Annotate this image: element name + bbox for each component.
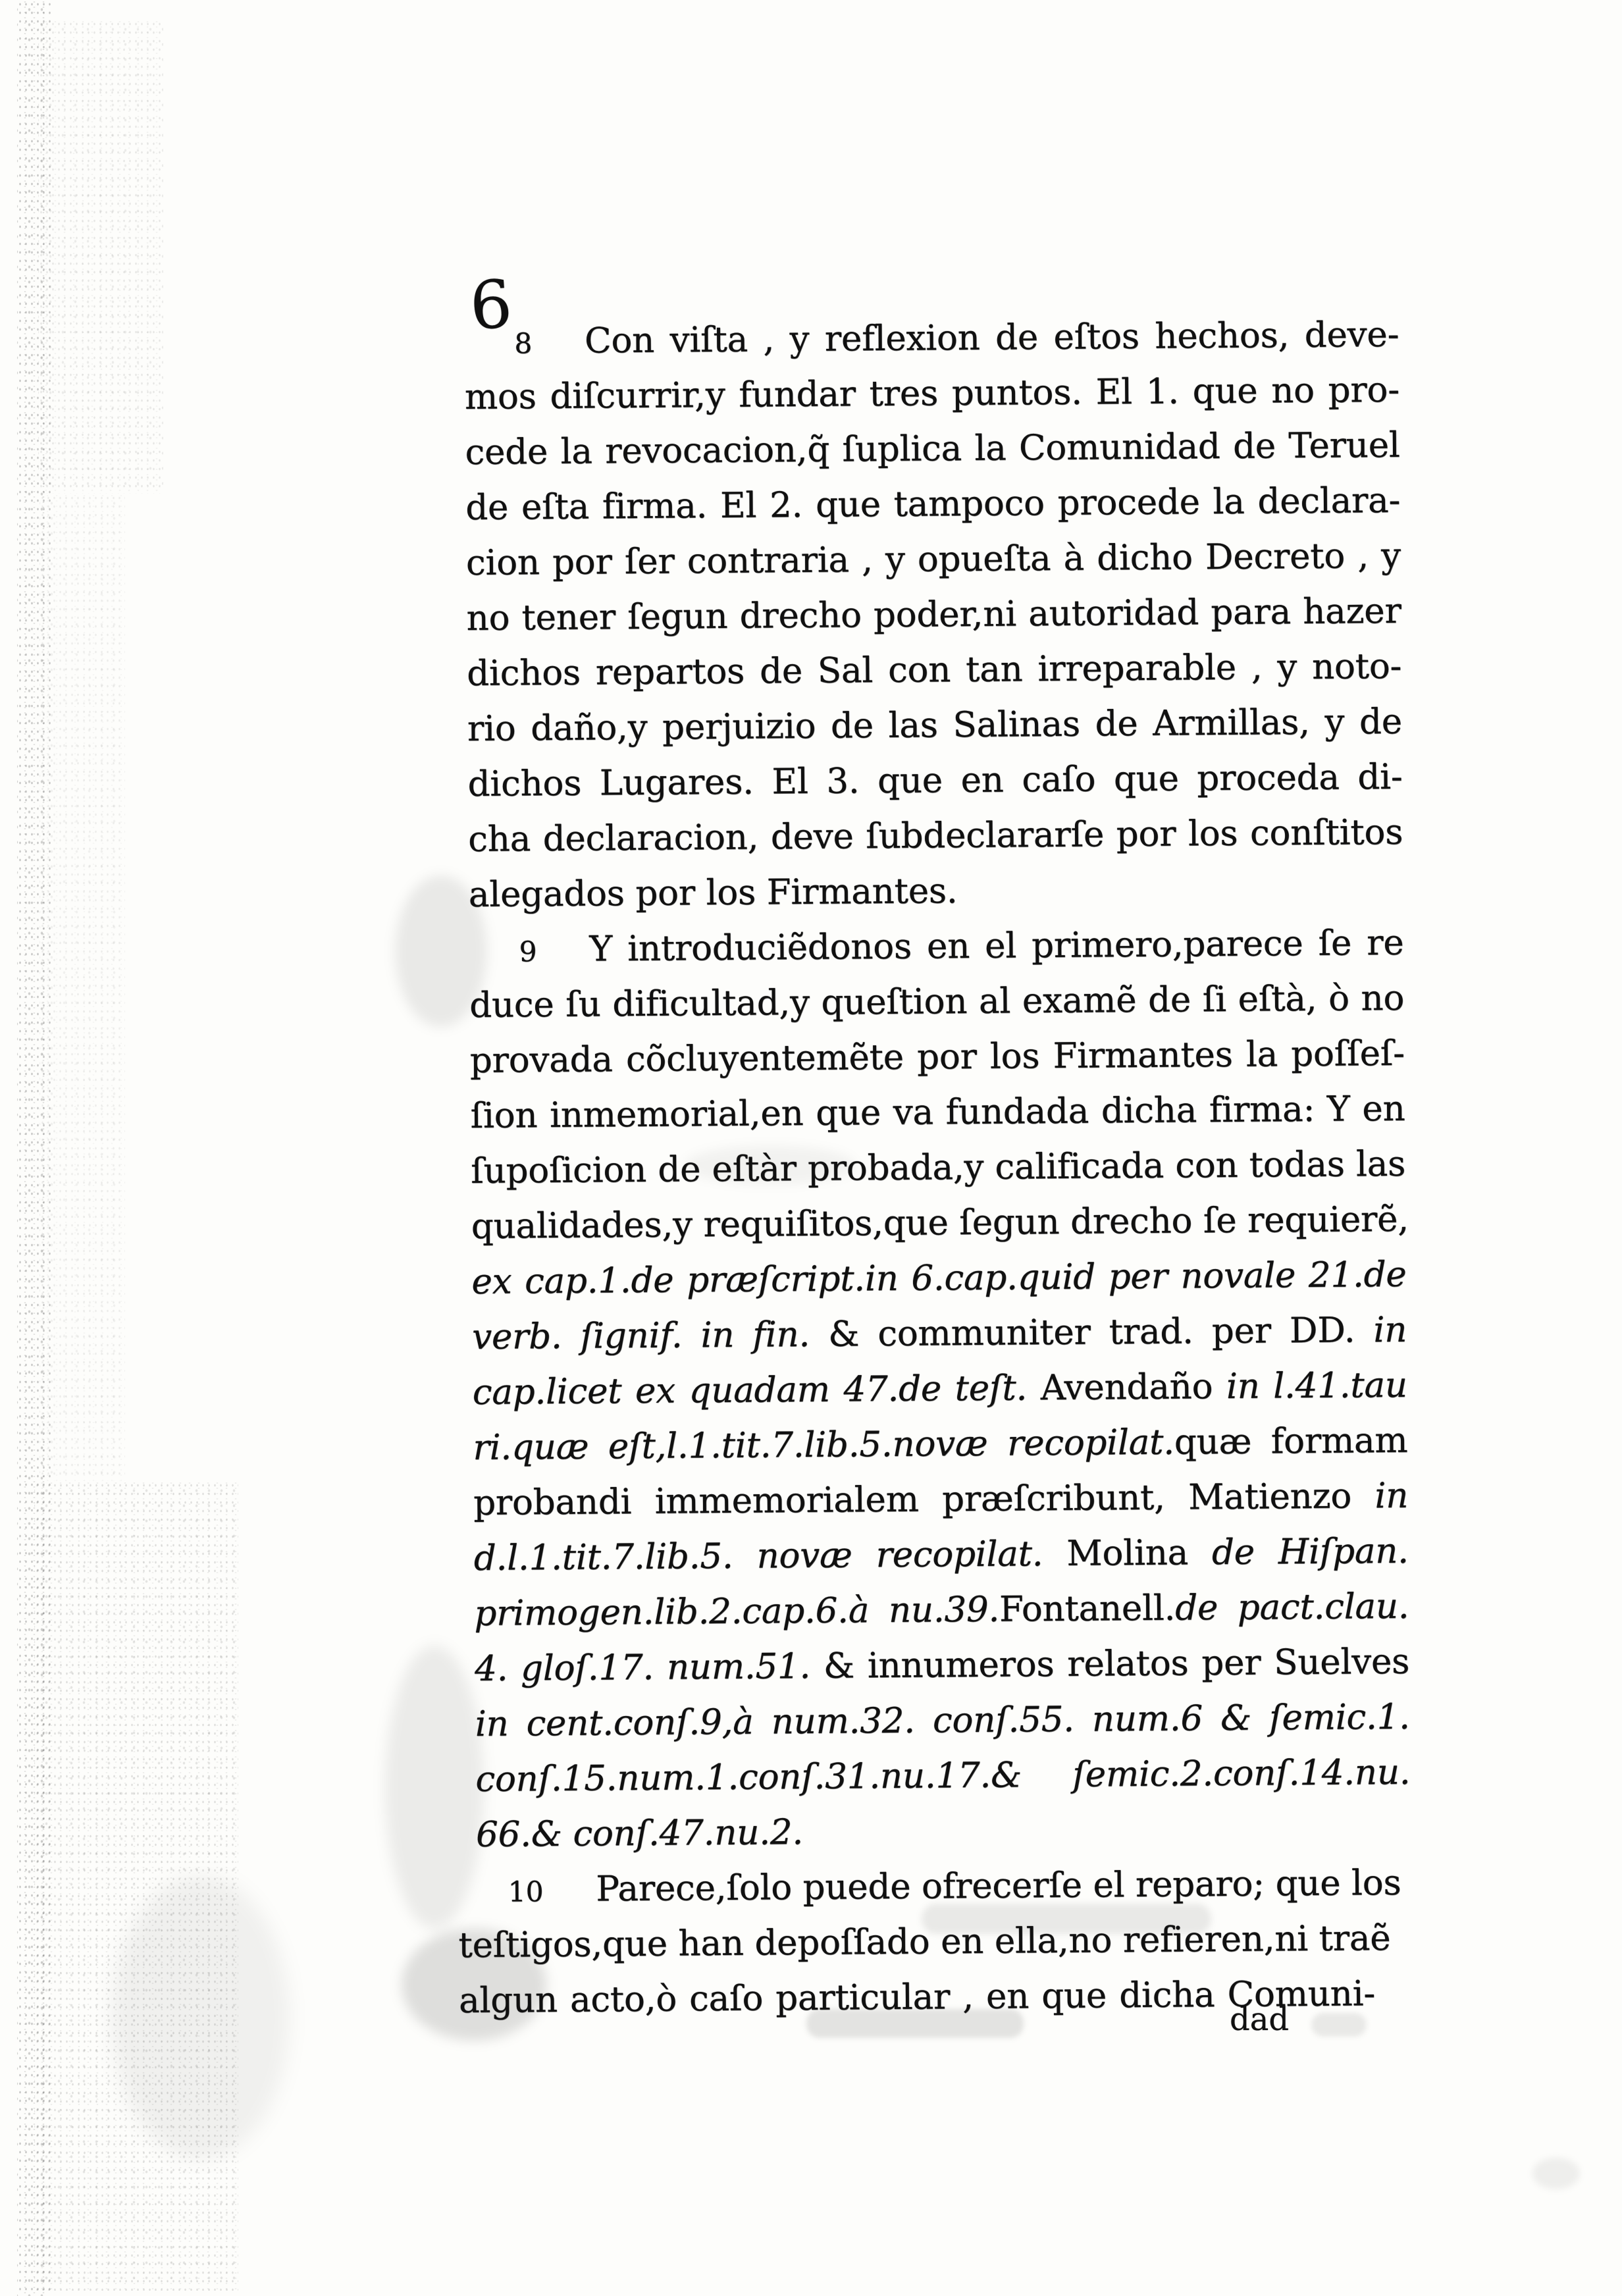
text-segment: mos diſcurrir,y fundar tres puntos. El 1… (465, 370, 1400, 417)
text-line: dichos Lugares. El 3. que en caſo que pr… (467, 750, 1403, 812)
text-line: provada cõcluyentemẽte por los Firmantes… (470, 1026, 1405, 1089)
text-block: 8Con viſta , y reflexion de eſtos hechos… (464, 307, 1412, 2029)
text-segment: dichos Lugares. El 3. que en caſo que pr… (467, 757, 1402, 804)
text-segment: 66.& conſ.47.nu.2. (476, 1812, 803, 1855)
text-segment: quæ formam (1174, 1421, 1408, 1463)
text-segment: Molina (1043, 1532, 1212, 1574)
text-line: duce ſu dificultad,y queſtion al examẽ d… (469, 971, 1405, 1033)
scan-noise-mid-left (39, 494, 125, 1481)
paragraph-8: 8Con viſta , y reflexion de eſtos hechos… (464, 307, 1403, 923)
text-segment: Avendaño (1027, 1367, 1226, 1408)
text-line: in cent.conſ.9,à num.32. conſ.55. num.6 … (475, 1690, 1410, 1752)
text-segment: & communiter trad. per DD. (828, 1310, 1374, 1355)
text-segment: rio daño,y perjuizio de las Salinas de A… (467, 702, 1402, 749)
text-segment: in (1374, 1476, 1408, 1516)
text-segment: primogen.lib.2.cap.6.à nu.39. (474, 1590, 999, 1634)
scan-smudge (112, 1876, 290, 2159)
text-segment: Parece,ſolo puede ofrecerſe el reparo; q… (596, 1863, 1401, 1910)
text-line: ſupoſicion de eſtàr probada,y calificada… (471, 1137, 1406, 1199)
text-segment: ri.quæ eſt,l.1.tit.7.lib.5.novæ recopila… (473, 1422, 1174, 1468)
scan-noise-left-band (17, 0, 51, 2296)
scan-noise-top-left (38, 20, 163, 494)
text-line: d.l.1.tit.7.lib.5. novæ recopilat. Molin… (474, 1524, 1409, 1586)
text-line: cap.licet ex quadam 47.de teſt. Avendaño… (473, 1358, 1408, 1421)
text-line: 10Parece,ſolo puede ofrecerſe el reparo;… (458, 1856, 1374, 1918)
text-line: conſ.15.num.1.conſ.31.nu.17.& ſemic.2.co… (475, 1745, 1411, 1808)
text-segment: d.l.1.tit.7.lib.5. novæ recopilat. (474, 1534, 1043, 1578)
text-segment: de pact.clau. (1175, 1586, 1409, 1629)
text-segment: ex cap.1.de præſcript.in 6.cap.quid per … (471, 1255, 1406, 1302)
text-segment: Fontanell. (999, 1588, 1176, 1630)
text-line: qualidades,y requiſitos,que ſegun drecho… (471, 1192, 1407, 1255)
text-segment: cion por ſer contraria , y opueſta à dic… (466, 536, 1401, 583)
text-line: ſion inmemorial,en que va fundada dicha … (470, 1082, 1405, 1144)
text-line: cha declaracion, deve ſubdeclararſe por … (468, 805, 1403, 868)
text-segment: Y introduciẽdonos en el primero,parece ſ… (589, 923, 1404, 970)
text-line: cede la revocacion,q̃ ſuplica la Comunid… (465, 418, 1400, 481)
text-line: verb. ſignif. in fin. & communiter trad.… (472, 1303, 1407, 1365)
text-segment: ſupoſicion de eſtàr probada,y calificada… (471, 1144, 1405, 1191)
text-segment: dichos repartos de Sal con tan irreparab… (467, 646, 1401, 694)
text-segment: teſtigos,que han depoſſado en ella,no re… (458, 1918, 1390, 1966)
text-segment: cap.licet ex quadam 47.de teſt. (473, 1368, 1028, 1413)
text-line: ri.quæ eſt,l.1.tit.7.lib.5.novæ recopila… (473, 1413, 1408, 1476)
scanned-page: 6 8Con viſta , y reflexion de eſtos hech… (0, 0, 1622, 2296)
text-segment: in l.41.tau (1226, 1365, 1407, 1407)
text-line: 66.& conſ.47.nu.2. (476, 1800, 1411, 1863)
paragraph-number: 8 (464, 327, 585, 360)
text-line: rio daño,y perjuizio de las Salinas de A… (467, 694, 1403, 757)
text-line: teſtigos,que han depoſſado en ella,no re… (458, 1911, 1375, 1973)
scan-noise-bottom-left (34, 1481, 238, 2291)
paragraph-number: 10 (458, 1875, 596, 1909)
text-segment: de Hiſpan. (1212, 1531, 1409, 1573)
catchword: dad (1230, 2001, 1289, 2039)
text-segment: Con viſta , y reflexion de eſtos hechos,… (585, 315, 1400, 361)
text-line: primogen.lib.2.cap.6.à nu.39.Fontanell.d… (474, 1579, 1409, 1642)
text-segment: qualidades,y requiſitos,que ſegun drecho… (471, 1199, 1409, 1247)
text-line: cion por ſer contraria , y opueſta à dic… (466, 529, 1401, 591)
text-line: de eſta firma. El 2. que tampoco procede… (465, 473, 1401, 536)
text-segment: & innumeros relatos per Suelves (824, 1642, 1410, 1686)
text-line: alegados por los Firmantes. (469, 860, 1404, 923)
text-segment: verb. ſignif. in fin. (472, 1315, 829, 1357)
text-line: mos diſcurrir,y fundar tres puntos. El 1… (465, 363, 1400, 425)
text-line: 9Y introduciẽdonos en el primero,parece … (469, 916, 1404, 978)
paragraph-number: 9 (469, 935, 589, 968)
ink-showthrough-ghost (1532, 2158, 1580, 2189)
text-segment: duce ſu dificultad,y queſtion al examẽ d… (469, 978, 1404, 1026)
text-line: no tener ſegun drecho poder,ni autoridad… (466, 584, 1401, 646)
text-segment: cede la revocacion,q̃ ſuplica la Comunid… (465, 425, 1400, 473)
text-segment: ſion inmemorial,en que va fundada dicha … (470, 1089, 1405, 1136)
text-segment: provada cõcluyentemẽte por los Firmantes… (470, 1033, 1405, 1081)
text-segment: no tener ſegun drecho poder,ni autoridad… (466, 591, 1401, 639)
text-line: 4. gloſ.17. num.51. & innumeros relatos … (475, 1634, 1410, 1697)
text-line: ex cap.1.de præſcript.in 6.cap.quid per … (471, 1247, 1407, 1310)
text-segment: alegados por los Firmantes. (469, 871, 958, 915)
text-segment: de eſta firma. El 2. que tampoco procede… (465, 481, 1400, 528)
text-line: dichos repartos de Sal con tan irreparab… (467, 639, 1402, 702)
text-segment: cha declaracion, deve ſubdeclararſe por … (468, 812, 1403, 860)
text-segment: conſ.15.num.1.conſ.31.nu.17.& ſemic.2.co… (475, 1752, 1410, 1800)
text-line: 8Con viſta , y reflexion de eſtos hechos… (464, 307, 1400, 370)
paragraph-9: 9Y introduciẽdonos en el primero,parece … (469, 916, 1411, 1863)
text-segment: in (1373, 1310, 1407, 1350)
text-segment: probandi immemorialem præſcribunt, Matie… (473, 1476, 1375, 1523)
text-segment: 4. gloſ.17. num.51. (475, 1646, 824, 1689)
text-line: probandi immemorialem præſcribunt, Matie… (473, 1469, 1409, 1531)
text-segment: in cent.conſ.9,à num.32. conſ.55. num.6 … (475, 1697, 1410, 1744)
